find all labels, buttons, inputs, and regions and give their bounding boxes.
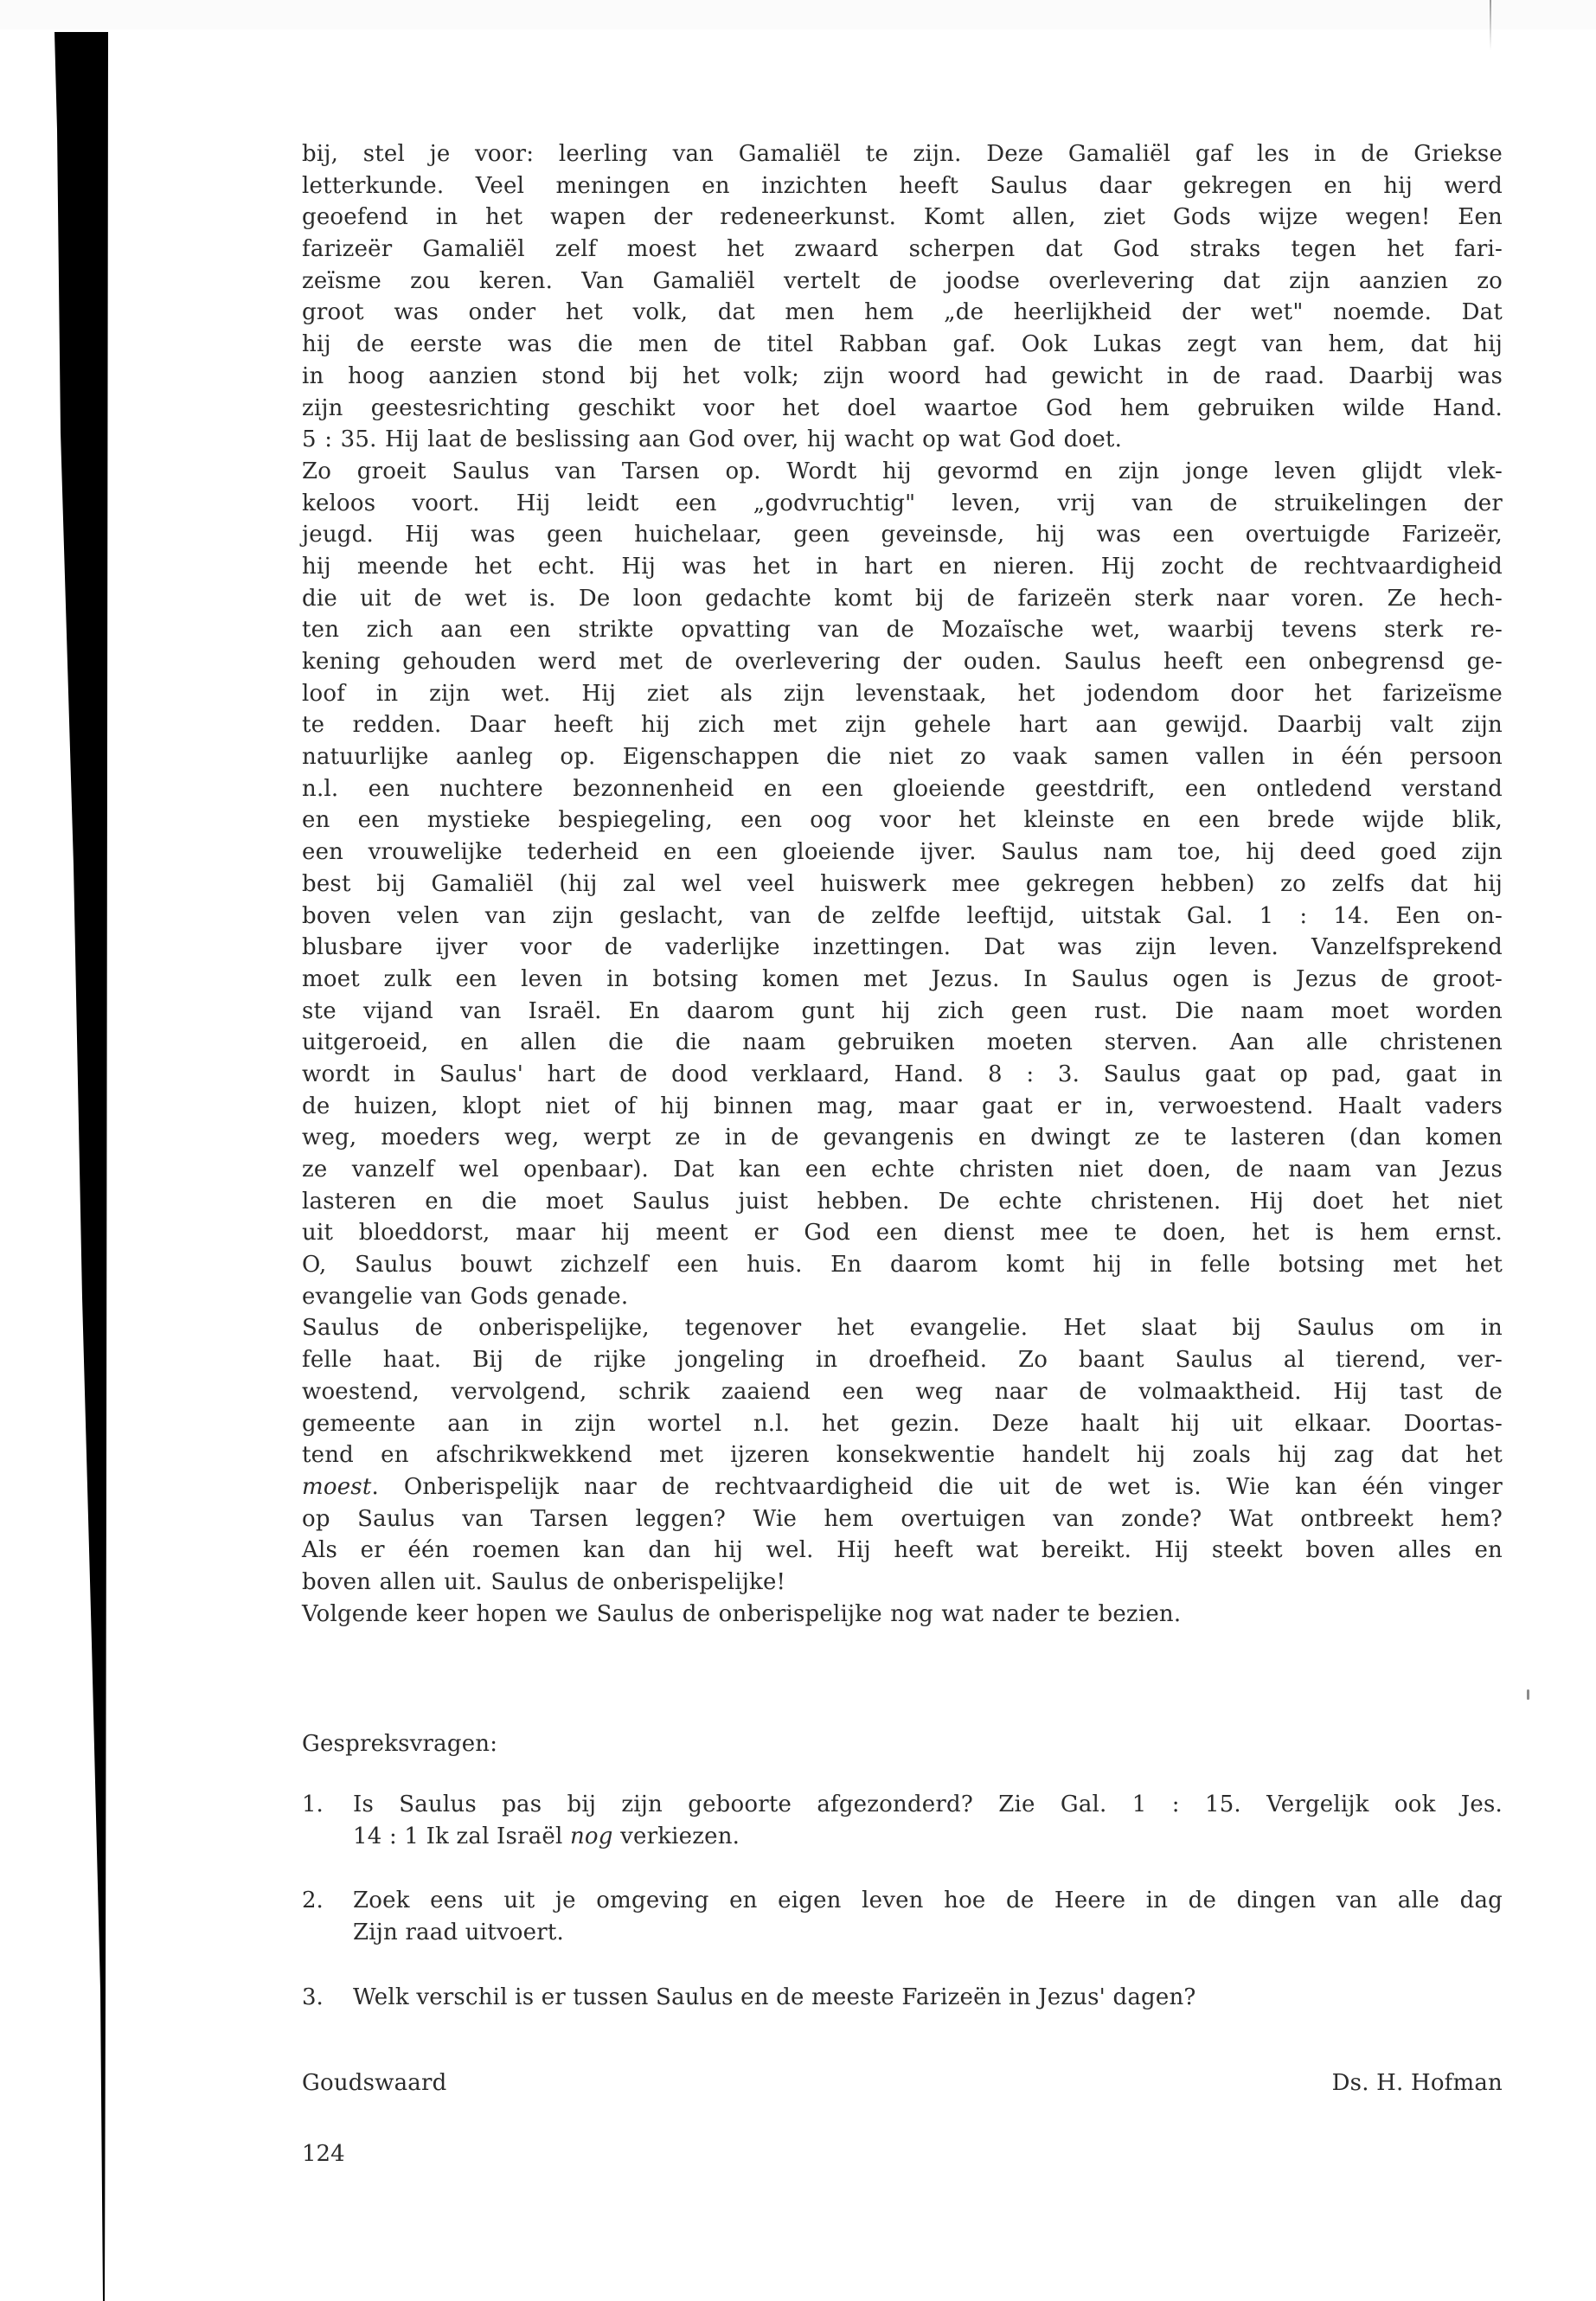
italic-emphasis: moest [302,1474,372,1500]
body-line: op Saulus van Tarsen leggen? Wie hem ove… [302,1503,1503,1535]
body-line: letterkunde. Veel meningen en inzichten … [302,170,1503,202]
body-line: zijn geestesrichting geschikt voor het d… [302,393,1503,425]
signature-block: Goudswaard Ds. H. Hofman [302,2067,1503,2102]
body-line: best bij Gamaliël (hij zal wel veel huis… [302,868,1503,901]
question-line: Is Saulus pas bij zijn geboorte afgezond… [353,1789,1503,1821]
body-line: ste vijand van Israël. En daarom gunt hi… [302,996,1503,1028]
question-line: Zoek eens uit je omgeving en eigen leven… [353,1885,1503,1917]
body-line: geoefend in het wapen der redeneerkunst.… [302,202,1503,234]
article-body: bij, stel je voor: leerling van Gamaliël… [302,138,1503,1630]
scan-fold-line [1490,0,1491,50]
body-line: woestend, vervolgend, schrik zaaiend een… [302,1376,1503,1408]
question-number: 3. [302,1982,324,2014]
question-line: Welk verschil is er tussen Saulus en de … [353,1982,1503,2014]
signature-author: Ds. H. Hofman [1332,2067,1503,2099]
body-line: in hoog aanzien stond bij het volk; zijn… [302,361,1503,393]
body-line: weg, moeders weg, werpt ze in de gevange… [302,1122,1503,1154]
body-line: boven allen uit. Saulus de onberispelijk… [302,1567,1503,1599]
question-item: 3. Welk verschil is er tussen Saulus en … [302,1982,1503,2014]
body-line: loof in zijn wet. Hij ziet als zijn leve… [302,678,1503,710]
binding-shadow-bar [0,0,173,2301]
question-line: Zijn raad uitvoert. [353,1917,1503,1949]
body-line-with-italic: moest. Onberispelijk naar de rechtvaardi… [302,1471,1503,1503]
question-item: 1. Is Saulus pas bij zijn geboorte afgez… [302,1789,1503,1852]
question-line: 14 : 1 Ik zal Israël nog verkiezen. [353,1821,1503,1853]
question-number: 2. [302,1885,324,1917]
body-line: jeugd. Hij was geen huichelaar, geen gev… [302,519,1503,551]
body-line: n.l. een nuchtere bezonnenheid en een gl… [302,773,1503,805]
question-text: verkiezen. [613,1823,740,1849]
body-line: zeïsme zou keren. Van Gamaliël vertelt d… [302,266,1503,298]
question-text: 14 : 1 Ik zal Israël [353,1823,570,1849]
body-line: farizeër Gamaliël zelf moest het zwaard … [302,234,1503,266]
body-line: O, Saulus bouwt zichzelf een huis. En da… [302,1249,1503,1281]
body-line: te redden. Daar heeft hij zich met zijn … [302,709,1503,741]
body-line: die uit de wet is. De loon gedachte komt… [302,583,1503,615]
body-line: felle haat. Bij de rijke jongeling in dr… [302,1344,1503,1376]
body-line: blusbare ijver voor de vaderlijke inzett… [302,932,1503,964]
page-number: 124 [302,2138,345,2170]
body-line: keloos voort. Hij leidt een „godvruchtig… [302,488,1503,520]
body-line: Volgende keer hopen we Saulus de onberis… [302,1599,1503,1631]
body-line-rest: . Onberispelijk naar de rechtvaardigheid… [372,1474,1503,1500]
discussion-questions: 1. Is Saulus pas bij zijn geboorte afgez… [302,1789,1503,2046]
signature-place: Goudswaard [302,2067,446,2099]
body-line: boven velen van zijn geslacht, van de ze… [302,901,1503,933]
body-line: moet zulk een leven in botsing komen met… [302,964,1503,996]
body-line: ten zich aan een strikte opvatting van d… [302,614,1503,646]
body-line: groot was onder het volk, dat men hem „d… [302,297,1503,329]
body-line: een vrouwelijke tederheid en een gloeien… [302,836,1503,868]
body-line: natuurlijke aanleg op. Eigenschappen die… [302,741,1503,773]
scan-top-margin [0,0,1596,29]
body-line: uitgeroeid, en allen die die naam gebrui… [302,1027,1503,1059]
body-line: evangelie van Gods genade. [302,1281,1503,1313]
body-line: Als er één roemen kan dan hij wel. Hij h… [302,1535,1503,1567]
question-item: 2. Zoek eens uit je omgeving en eigen le… [302,1885,1503,1948]
body-line: de huizen, klopt niet of hij binnen mag,… [302,1091,1503,1123]
body-line: uit bloeddorst, maar hij meent er God ee… [302,1217,1503,1249]
body-line: 5 : 35. Hij laat de beslissing aan God o… [302,424,1503,456]
body-line: lasteren en die moet Saulus juist hebben… [302,1186,1503,1218]
body-line: wordt in Saulus' hart de dood verklaard,… [302,1059,1503,1091]
body-line: Saulus de onberispelijke, tegenover het … [302,1312,1503,1344]
body-line: Zo groeit Saulus van Tarsen op. Wordt hi… [302,456,1503,488]
body-line: ze vanzelf wel openbaar). Dat kan een ec… [302,1154,1503,1186]
body-line: en een mystieke bespiegeling, een oog vo… [302,804,1503,836]
italic-emphasis: nog [570,1823,613,1849]
body-line: kening gehouden werd met de overlevering… [302,646,1503,678]
scan-speck [1527,1689,1529,1700]
body-line: hij de eerste was die men de titel Rabba… [302,329,1503,361]
body-line: hij meende het echt. Hij was het in hart… [302,551,1503,583]
body-line: gemeente aan in zijn wortel n.l. het gez… [302,1408,1503,1440]
body-line: bij, stel je voor: leerling van Gamaliël… [302,138,1503,170]
questions-heading: Gespreksvragen: [302,1728,497,1759]
question-number: 1. [302,1789,324,1821]
body-line: tend en afschrikwekkend met ijzeren kons… [302,1439,1503,1471]
